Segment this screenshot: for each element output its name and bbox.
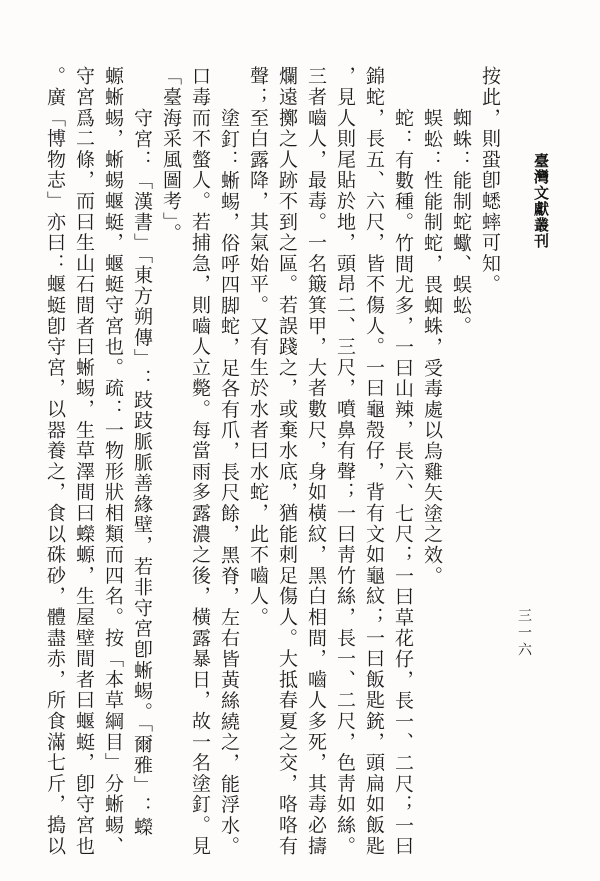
text-column-12: 「臺海采風圖考」。 <box>160 66 181 866</box>
running-head: 臺灣文獻叢刊 <box>531 153 552 249</box>
text-column-2: 蜘蛛：能制蛇蠍、蜈蚣。 <box>450 66 471 866</box>
text-column-4: 蛇：有數種。竹間尤多，一曰山辣，長六、七尺；一曰草花仔，長一、二尺；一曰 <box>392 66 413 866</box>
text-column-7: 三者嚙人，最毒。一名簸箕甲，大者數尺，身如橫紋，黑白相間，嚙人多死，其毒必擣 <box>305 66 326 866</box>
page-number: 三一六 <box>514 608 534 659</box>
text-column-8: 爛遠擲之人跡不到之區。若誤踐之，或棄水底，猶能刺足傷人。大抵春夏之交，咯咯有 <box>276 66 297 866</box>
text-column-9: 聲；至白露降，其氣始平。又有生於水者曰水蛇，此不嚙人。 <box>247 66 268 866</box>
book-page: 臺灣文獻叢刊 三一六 按此，則蛩卽蟋蟀可知。 蜘蛛：能制蛇蠍、蜈蚣。 蜈蚣：性能… <box>0 0 600 881</box>
text-column-15: 守宮爲二條，而曰生山石間者曰蜥蜴，生草澤間曰蠑螈，生屋壁間者曰蝘蜓，卽守宮也 <box>73 66 94 866</box>
text-column-14: 螈蜥蜴，蜥蜴蝘蜓，蝘蜓守宮也。疏：一物形狀相類而四名。按「本草綱目」分蜥蜴、 <box>102 66 123 866</box>
body-text-block: 按此，則蛩卽蟋蟀可知。 蜘蛛：能制蛇蠍、蜈蚣。 蜈蚣：性能制蛇，畏蜘蛛，受毒處以… <box>34 66 500 866</box>
text-column-13: 守宮：「漢書」「東方朔傳」：跂跂脈脈善緣壁，若非守宮卽蜥蜴。「爾雅」：蠑 <box>131 66 152 866</box>
text-column-10: 塗釘：蜥蜴，俗呼四脚蛇，足各有爪，長尺餘，黑脊，左右皆黃絲繞之，能浮水。 <box>218 66 239 866</box>
text-column-11: 口毒而不螫人。若捕急，則嚙人立斃。每當雨多露濃之後，橫露暴日，故一名塗釘。見 <box>189 66 210 866</box>
text-column-3: 蜈蚣：性能制蛇，畏蜘蛛，受毒處以烏雞矢塗之效。 <box>421 66 442 866</box>
text-column-6: ，見人則尾貼於地，頭昂二、三尺，噴鼻有聲；一曰靑竹絲，長一、二尺，色靑如絲。 <box>334 66 355 866</box>
text-column-16: 。廣「博物志」亦曰：蝘蜓卽守宮，以器養之，食以硃砂，體盡赤，所食滿七斤，搗以 <box>44 66 65 866</box>
text-column-1: 按此，則蛩卽蟋蟀可知。 <box>479 66 500 866</box>
text-column-5: 錦蛇，長五、六尺，皆不傷人。一曰龜殼仔，背有文如龜紋；一曰飯匙銃，頭扁如飯匙 <box>363 66 384 866</box>
